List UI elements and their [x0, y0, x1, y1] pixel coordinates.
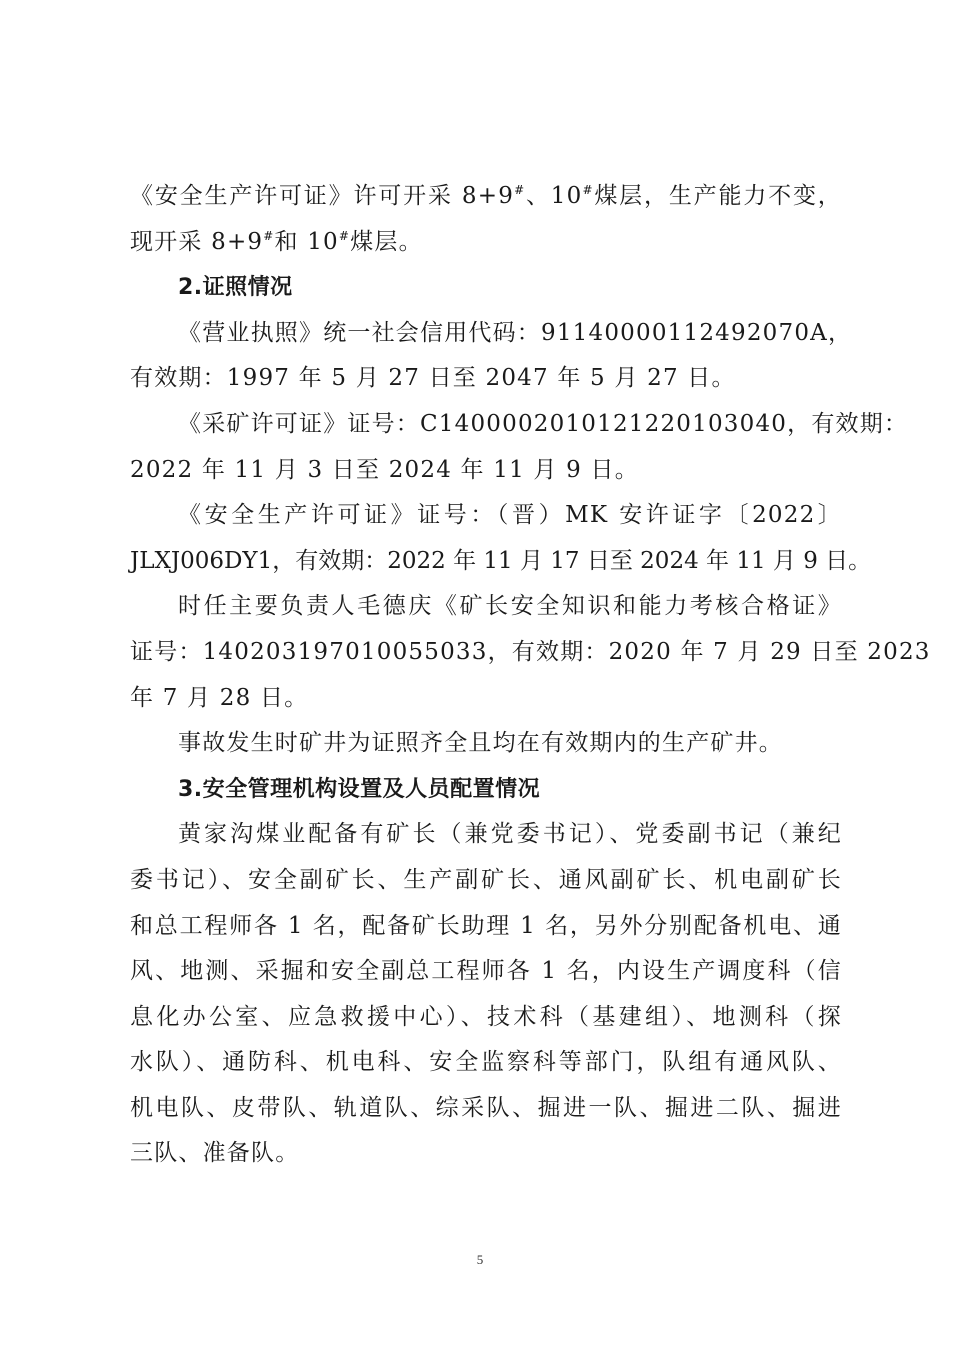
text-segment: 现开采 8+9: [130, 229, 263, 255]
text-segment: 和 10: [275, 229, 339, 255]
mining-license-validity: 2022 年 11 月 3 日至 2024 年 11 月 9 日。: [130, 448, 842, 494]
seam-mark: #: [514, 183, 525, 197]
safety-org-line: 和总工程师各 1 名，配备矿长助理 1 名，另外分别配备机电、通: [130, 904, 842, 950]
page-number: 5: [0, 1252, 960, 1268]
manager-cert-line: 时任主要负责人毛德庆《矿长安全知识和能力考核合格证》: [130, 584, 842, 630]
safety-license-line: 《安全生产许可证》证号：（晋）MK 安许证字〔2022〕: [130, 493, 842, 539]
safety-org-line: 水队）、通防科、机电科、安全监察科等部门，队组有通风队、: [130, 1040, 842, 1086]
safety-org-line: 黄家沟煤业配备有矿长（兼党委书记）、党委副书记（兼纪: [130, 812, 842, 858]
document-page: 《安全生产许可证》许可开采 8+9#、10#煤层，生产能力不变， 现开采 8+9…: [130, 174, 842, 1177]
safety-org-line: 委书记）、安全副矿长、生产副矿长、通风副矿长、机电副矿长: [130, 858, 842, 904]
safety-license-validity: JLXJ006DY1，有效期：2022 年 11 月 17 日至 2024 年 …: [130, 539, 842, 585]
licenses-conclusion: 事故发生时矿井为证照齐全且均在有效期内的生产矿井。: [130, 721, 842, 767]
text-segment: 、10: [525, 183, 582, 209]
seam-mark: #: [263, 229, 274, 243]
business-license-validity: 有效期：1997 年 5 月 27 日至 2047 年 5 月 27 日。: [130, 356, 842, 402]
mining-license-line: 《采矿许可证》证号：C1400002010121220103040，有效期：: [130, 402, 842, 448]
seam-mark: #: [582, 183, 593, 197]
text-segment: 煤层。: [350, 229, 423, 255]
text-segment: 煤层，生产能力不变，: [594, 183, 842, 209]
section-heading-licenses: 2.证照情况: [130, 265, 842, 311]
safety-org-line: 机电队、皮带队、轨道队、综采队、掘进一队、掘进二队、掘进: [130, 1086, 842, 1132]
text-line: 现开采 8+9#和 10#煤层。: [130, 220, 842, 266]
seam-mark: #: [339, 229, 350, 243]
section-heading-safety-org: 3.安全管理机构设置及人员配置情况: [130, 767, 842, 813]
text-line: 《安全生产许可证》许可开采 8+9#、10#煤层，生产能力不变，: [130, 174, 842, 220]
manager-cert-validity: 年 7 月 28 日。: [130, 676, 842, 722]
manager-cert-number: 证号：140203197010055033，有效期：2020 年 7 月 29 …: [130, 630, 842, 676]
safety-org-line: 三队、准备队。: [130, 1131, 842, 1177]
text-segment: 《安全生产许可证》许可开采 8+9: [130, 183, 514, 209]
business-license-line: 《营业执照》统一社会信用代码：91140000112492070A，: [130, 311, 842, 357]
safety-org-line: 风、地测、采掘和安全副总工程师各 1 名，内设生产调度科（信: [130, 949, 842, 995]
safety-org-line: 息化办公室、应急救援中心）、技术科（基建组）、地测科（探: [130, 995, 842, 1041]
